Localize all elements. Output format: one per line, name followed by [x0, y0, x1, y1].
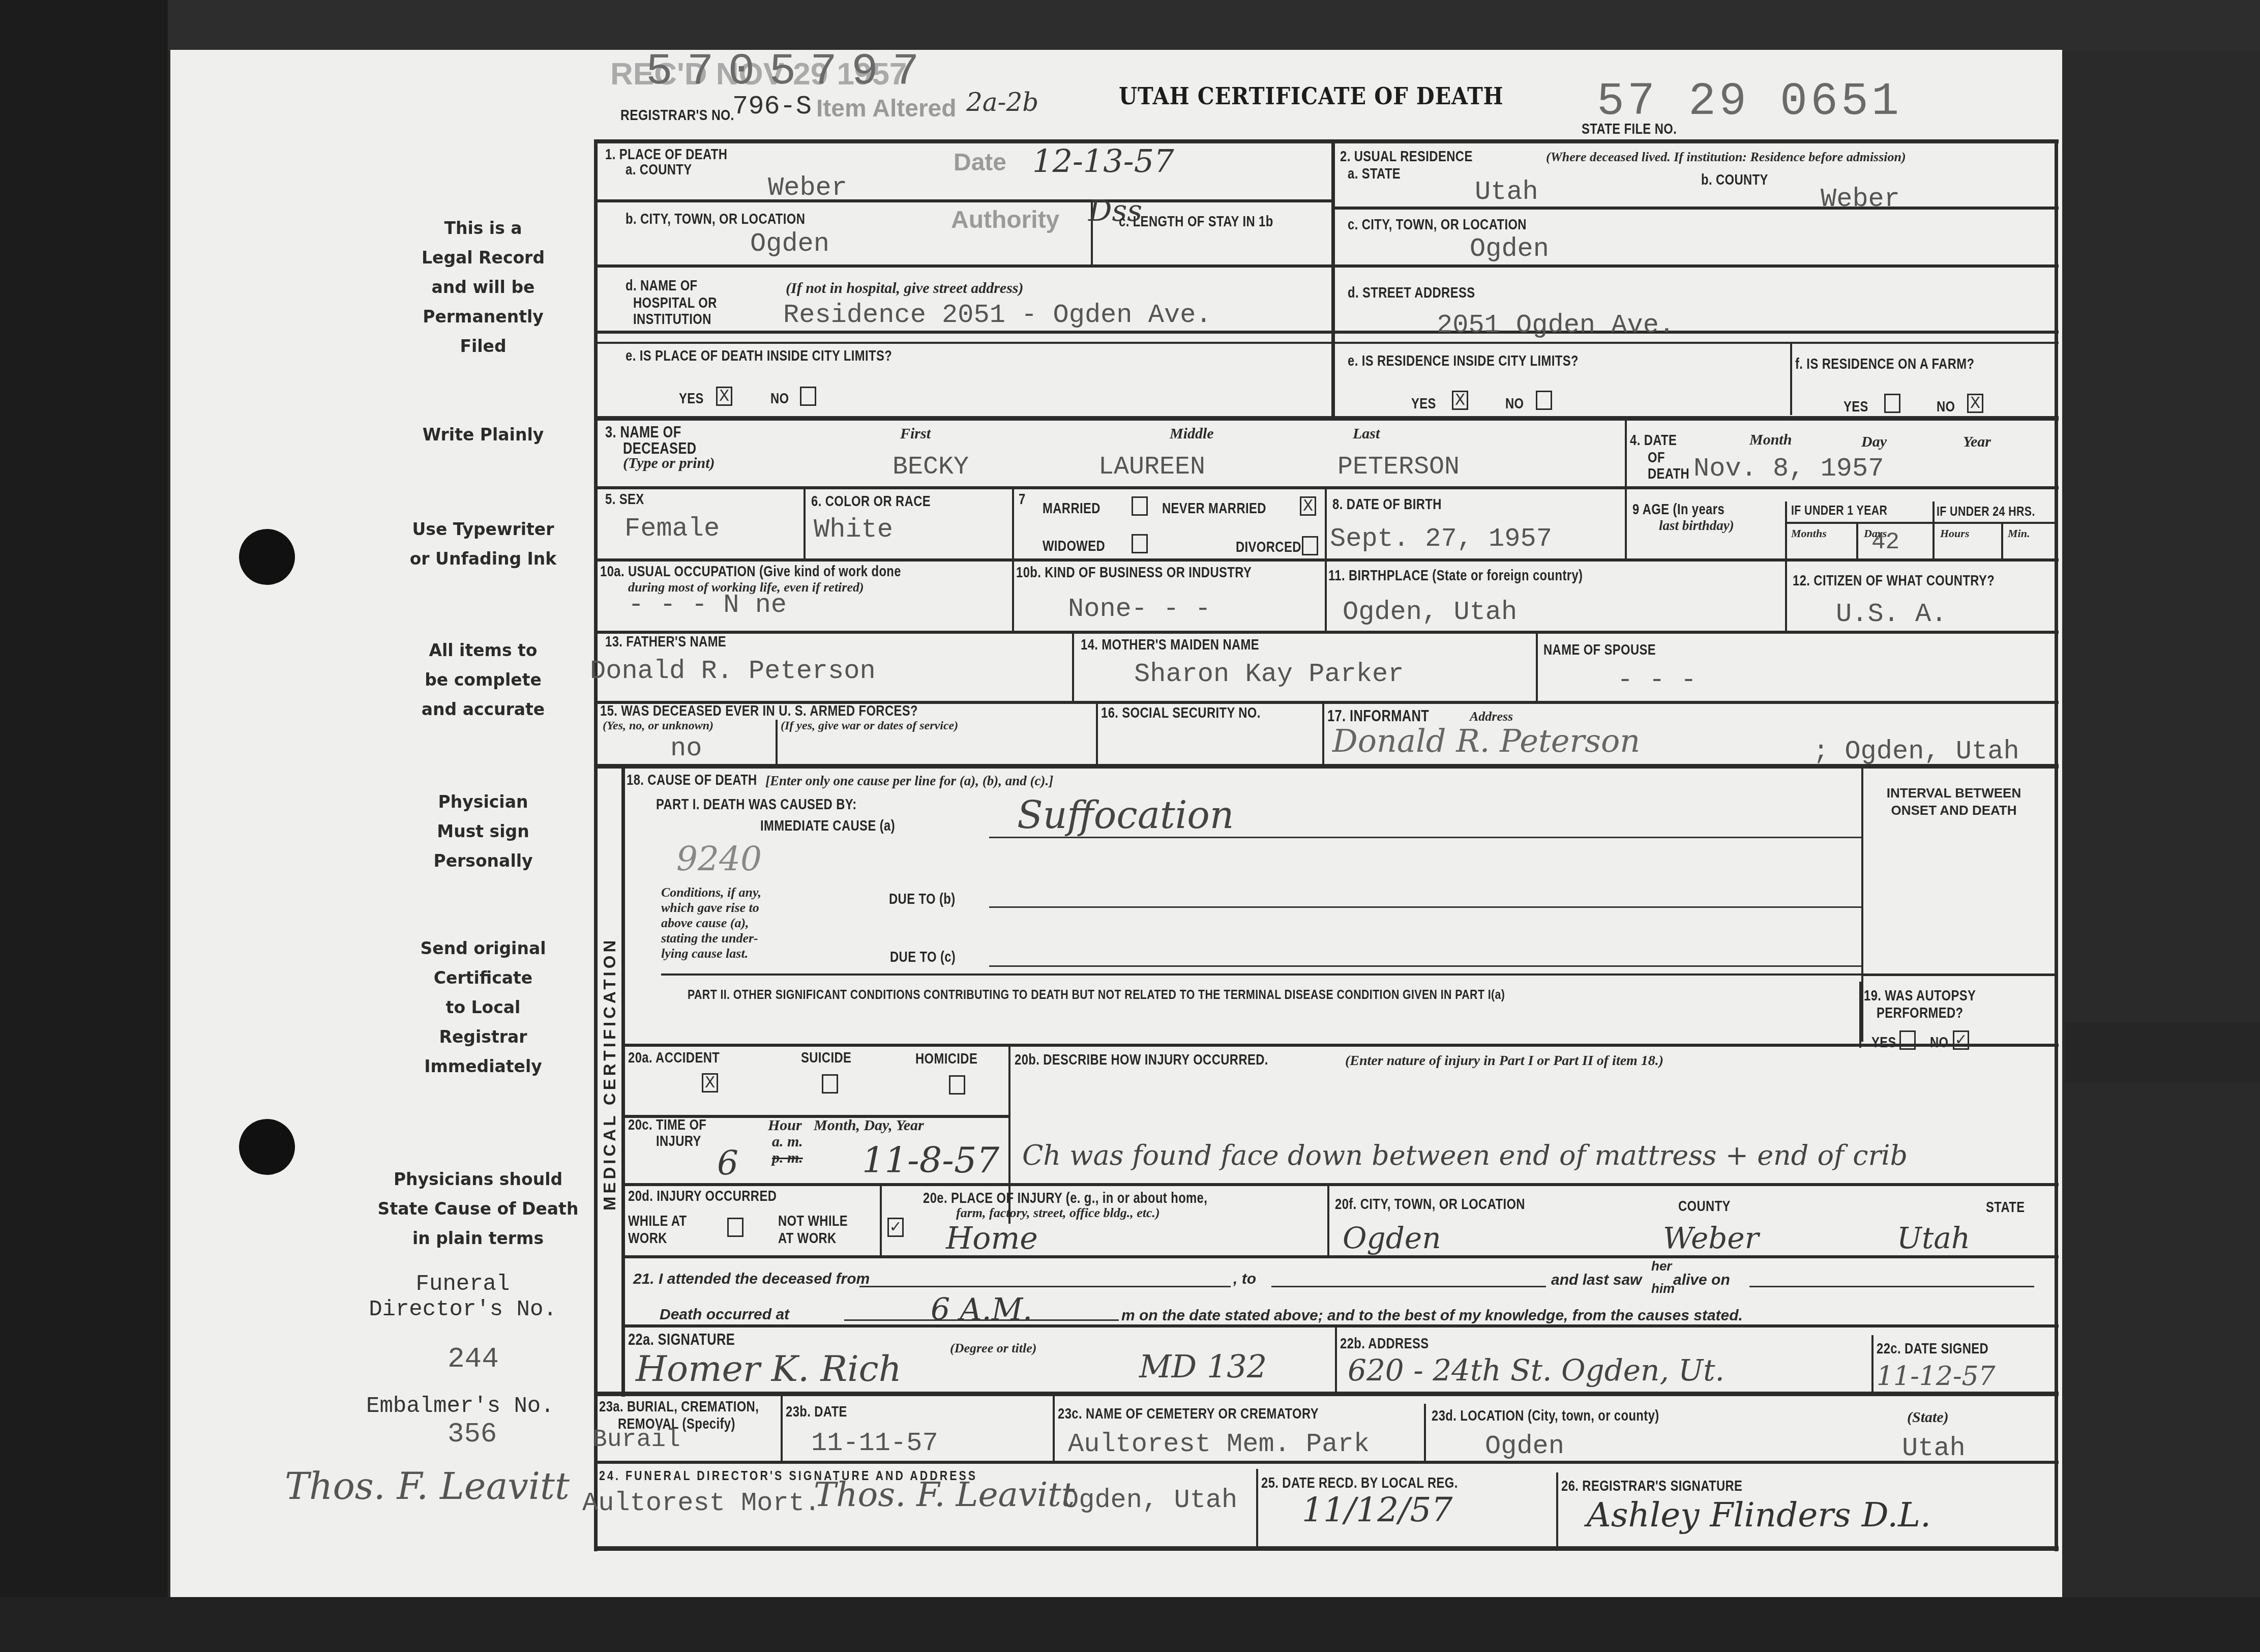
punch-hole	[239, 529, 295, 585]
length-of-stay-label: c. LENGTH OF STAY IN 1b	[1119, 214, 1273, 230]
divider	[1790, 344, 1792, 415]
hospital-hint: (If not in hospital, give street address…	[786, 280, 1024, 297]
injury-county: Weber	[1663, 1221, 1759, 1255]
divider	[1331, 141, 1335, 416]
funeral-address: Ogden, Utah	[1063, 1485, 1237, 1515]
divider	[776, 720, 778, 765]
last-name-label: Last	[1353, 425, 1380, 442]
occupation-label: 10a. USUAL OCCUPATION (Give kind of work…	[600, 564, 901, 580]
dod-label-2: OF	[1648, 450, 1665, 466]
part2-label: PART II. OTHER SIGNIFICANT CONDITIONS CO…	[688, 987, 1505, 1002]
scan-background-left	[0, 0, 168, 1652]
father-label: 13. FATHER'S NAME	[605, 634, 726, 651]
time-of-injury-label-2: INJURY	[656, 1133, 701, 1150]
mdy-label: Month, Day, Year	[814, 1117, 924, 1134]
birthplace-label: 11. BIRTHPLACE (State or foreign country…	[1328, 568, 1583, 584]
yes-label: YES	[679, 391, 704, 407]
burial-state: Utah	[1902, 1433, 1966, 1463]
attended-text-2: , to	[1233, 1271, 1256, 1288]
time-of-injury-label-1: 20c. TIME OF	[628, 1117, 706, 1134]
death-county: Weber	[768, 173, 847, 203]
while-at-work-label: WHILE AT WORK	[628, 1213, 687, 1247]
race: White	[814, 515, 893, 545]
funeral-director-no-label: Funeral Director's No.	[356, 1272, 570, 1322]
divider	[621, 1324, 2059, 1327]
divider	[781, 1396, 783, 1462]
describe-hint: (Enter nature of injury in Part I or Par…	[1345, 1053, 1663, 1069]
city-label: b. CITY, TOWN, OR LOCATION	[626, 211, 805, 228]
divider	[1072, 631, 1074, 703]
funeral-director-signature: Thos. F. Leavitt	[814, 1475, 1075, 1514]
first-name: BECKY	[893, 453, 969, 482]
divider	[1932, 501, 1935, 559]
armed-hint-2: (If yes, give war or dates of service)	[781, 719, 958, 733]
disposition: Burail	[592, 1426, 680, 1454]
res-inside-city-yes-checkbox[interactable]: X	[1452, 391, 1468, 410]
cemetery-label: 23c. NAME OF CEMETERY OR CREMATORY	[1058, 1406, 1319, 1423]
spouse-label: NAME OF SPOUSE	[1543, 642, 1656, 659]
due-to-c-line	[989, 965, 1861, 967]
under-1yr-label: IF UNDER 1 YEAR	[1791, 503, 1887, 518]
dod-label-3: DEATH	[1648, 466, 1689, 483]
authority-label: Authority	[951, 206, 1059, 234]
address-label: 22b. ADDRESS	[1340, 1336, 1429, 1352]
yes-label: YES	[1411, 396, 1436, 412]
due-to-c-label: DUE TO (c)	[890, 949, 956, 966]
death-at-label: Death occurred at	[660, 1306, 789, 1323]
medical-certification-vertical-label: MEDICAL CERTIFICATION	[600, 937, 619, 1211]
divider	[621, 767, 625, 1397]
sidebar-signature: Thos. F. Leavitt	[285, 1465, 570, 1508]
date-stamp-value: 12-13-57	[1032, 142, 1174, 180]
res-inside-city-no-checkbox[interactable]	[1536, 391, 1552, 410]
res-city-label: c. CITY, TOWN, OR LOCATION	[1348, 217, 1527, 233]
item-altered-value: 2a-2b	[966, 87, 1038, 117]
divider	[880, 1185, 882, 1256]
hours-label: Hours	[1940, 527, 1969, 540]
injury-county-label: COUNTY	[1678, 1198, 1731, 1215]
registrar-number-stamp: 5705797	[646, 47, 934, 97]
age-label-2: last birthday)	[1659, 518, 1734, 534]
ssn-label: 16. SOCIAL SECURITY NO.	[1101, 705, 1261, 722]
months-label: Months	[1791, 527, 1827, 540]
yes-label: YES	[1843, 399, 1868, 416]
informant-address: ; Ogden, Utah	[1813, 736, 2019, 766]
immediate-cause: Suffocation	[1017, 793, 1234, 837]
scan-background-top	[168, 0, 2260, 51]
age-label: 9 AGE (In years	[1632, 501, 1724, 518]
date-of-birth: Sept. 27, 1957	[1330, 524, 1552, 554]
sidebar-note-typewriter: Use Typewriter or Unfading Ink	[376, 515, 590, 574]
farm-label: f. IS RESIDENCE ON A FARM?	[1795, 356, 1974, 373]
burial-state-label: (State)	[1907, 1409, 1949, 1426]
spouse-name: - - -	[1617, 665, 1697, 695]
hospital-label-3: INSTITUTION	[633, 311, 711, 328]
divider	[1785, 559, 1787, 633]
divider	[1556, 1472, 1558, 1546]
dob-label: 8. DATE OF BIRTH	[1332, 496, 1442, 513]
embalmer-no: 356	[448, 1419, 497, 1450]
date-stamp-label: Date	[954, 149, 1006, 176]
injury-description: Ch was found face down between end of ma…	[1022, 1139, 1908, 1171]
never-married-label: NEVER MARRIED	[1162, 500, 1266, 517]
mother-label: 14. MOTHER'S MAIDEN NAME	[1081, 637, 1259, 654]
death-inside-city-no-checkbox[interactable]	[800, 387, 816, 406]
sex: Female	[625, 514, 720, 544]
state-file-no-label: STATE FILE NO.	[1582, 121, 1677, 138]
armed-forces: no	[670, 733, 702, 763]
alive-on-label: alive on	[1673, 1272, 1730, 1289]
married-checkbox[interactable]	[1132, 496, 1148, 516]
divider	[621, 1183, 2059, 1186]
divorced-label: DIVORCED	[1236, 539, 1301, 556]
armed-hint-1: (Yes, no, or unknown)	[603, 719, 713, 733]
item-2-label: 2. USUAL RESIDENCE	[1340, 149, 1473, 165]
autopsy-no-checkbox[interactable]: ✓	[1953, 1030, 1969, 1050]
not-while-at-work-checkbox[interactable]: ✓	[887, 1218, 904, 1237]
homicide-checkbox[interactable]	[949, 1075, 965, 1095]
middle-name: LAUREEN	[1098, 453, 1205, 482]
burial-location-label: 23d. LOCATION (City, town, or county)	[1432, 1408, 1659, 1425]
day-label: Day	[1861, 433, 1887, 451]
cause-code: 9240	[676, 839, 762, 878]
divider	[1856, 524, 1858, 559]
citizen-label: 12. CITIZEN OF WHAT COUNTRY?	[1793, 573, 1995, 589]
father-name: Donald R. Peterson	[590, 656, 876, 686]
autopsy-label: 19. WAS AUTOPSY	[1864, 988, 1976, 1005]
divider	[594, 342, 2059, 344]
hospital-label-2: HOSPITAL OR	[633, 295, 717, 312]
alive-on-line	[1749, 1286, 2034, 1287]
signature-label: 22a. SIGNATURE	[628, 1331, 735, 1349]
registrar-signature-label: 26. REGISTRAR'S SIGNATURE	[1561, 1478, 1742, 1495]
res-county-label: b. COUNTY	[1701, 172, 1768, 189]
sidebar-note-complete: All items to be complete and accurate	[376, 636, 590, 724]
divider	[661, 973, 2057, 976]
accident-label: 20a. ACCIDENT	[628, 1050, 720, 1067]
business: None- - -	[1068, 594, 1211, 624]
not-while-at-work-label: NOT WHILE AT WORK	[778, 1213, 848, 1247]
embalmer-no-label: Embalmer's No.	[366, 1394, 554, 1419]
conditions-hint: Conditions, if any, which gave rise to a…	[661, 885, 761, 961]
death-at-text-2: m on the date stated above; and to the b…	[1121, 1307, 1743, 1324]
res-street: 2051 Ogden Ave.	[1437, 310, 1675, 340]
certificate-title: UTAH CERTIFICATE OF DEATH	[1119, 82, 1504, 110]
divider	[1256, 1469, 1258, 1546]
occupation: - - - N ne	[628, 590, 787, 620]
immediate-cause-label: IMMEDIATE CAUSE (a)	[760, 818, 895, 835]
divider	[594, 1461, 2059, 1464]
no-label: NO	[1505, 396, 1524, 412]
form-top-border	[594, 139, 2059, 143]
under-24hr-label: IF UNDER 24 HRS.	[1937, 504, 2035, 519]
burial-city: Ogden	[1485, 1431, 1564, 1461]
item-1-label: 1. PLACE OF DEATH	[605, 146, 727, 163]
sidebar-note-send-original: Send original Certificate to Local Regis…	[376, 934, 590, 1081]
divider	[621, 1044, 2059, 1047]
divider	[1536, 633, 1538, 703]
item-altered-label: Item Altered	[816, 95, 957, 123]
hour-label: Hour	[768, 1117, 802, 1134]
scan-background-band	[2065, 1022, 2260, 1083]
divider	[1424, 1404, 1426, 1462]
date-of-death: Nov. 8, 1957	[1693, 454, 1884, 484]
last-name: PETERSON	[1337, 453, 1460, 482]
divider	[1785, 522, 2055, 524]
widowed-checkbox[interactable]	[1132, 534, 1148, 553]
form-right-border	[2055, 141, 2058, 1551]
no-label: NO	[770, 391, 789, 407]
birthplace: Ogden, Utah	[1343, 597, 1517, 627]
married-label: MARRIED	[1043, 500, 1101, 517]
hospital-label-1: d. NAME OF	[626, 278, 697, 294]
divider	[1053, 1396, 1055, 1462]
date-signed: 11-12-57	[1877, 1361, 1996, 1392]
sidebar-note-write-plainly: Write Plainly	[376, 420, 590, 450]
injury-date: 11-8-57	[862, 1139, 999, 1181]
autopsy-label-2: PERFORMED?	[1877, 1005, 1964, 1022]
physician-signature: Homer K. Rich	[636, 1348, 902, 1390]
res-county: Weber	[1821, 184, 1900, 214]
divider	[1861, 767, 1863, 1042]
cause-label: 18. CAUSE OF DEATH	[627, 772, 757, 789]
county-label: a. COUNTY	[626, 162, 692, 179]
divider	[594, 331, 2059, 334]
marital-num: 7	[1019, 491, 1026, 508]
her-label: her	[1651, 1258, 1672, 1274]
attended-text-1: 21. I attended the deceased from	[633, 1271, 870, 1288]
divider	[1335, 1326, 1337, 1393]
divider	[2001, 524, 2003, 559]
attended-to-line	[1271, 1286, 1546, 1287]
item-3-label-1: 3. NAME OF	[605, 423, 681, 441]
injury-location-label: 20f. CITY, TOWN, OR LOCATION	[1335, 1196, 1525, 1213]
while-at-work-checkbox[interactable]	[727, 1218, 744, 1237]
due-to-b-line	[989, 906, 1861, 908]
armed-forces-label: 15. WAS DECEASED EVER IN U. S. ARMED FOR…	[600, 703, 918, 720]
informant-signature: Donald R. Peterson	[1332, 722, 1640, 759]
degree-label: (Degree or title)	[950, 1341, 1036, 1356]
divider	[594, 558, 2059, 562]
divider	[1861, 974, 2057, 976]
suicide-checkbox[interactable]	[822, 1074, 838, 1094]
age-days: 42	[1871, 529, 1899, 555]
middle-name-label: Middle	[1170, 425, 1214, 442]
date-signed-label: 22c. DATE SIGNED	[1877, 1341, 1988, 1358]
funeral-home: Aultorest Mort.	[582, 1488, 820, 1518]
sidebar-note-legal-record: This is a Legal Record and will be Perma…	[376, 214, 590, 361]
divider	[594, 631, 2059, 634]
place-of-injury-label-2: farm, factory, street, office bldg., etc…	[956, 1205, 1160, 1221]
divider	[1871, 1335, 1874, 1393]
citizen: U.S. A.	[1836, 599, 1947, 629]
death-city: Ogden	[750, 229, 829, 259]
state-file-number: 57 29 0651	[1597, 76, 1902, 128]
race-label: 6. COLOR OR RACE	[811, 493, 931, 510]
attended-from-line	[859, 1286, 1231, 1287]
first-name-label: First	[900, 425, 931, 442]
month-label: Month	[1749, 431, 1792, 449]
divider	[594, 416, 2059, 421]
cemetery: Aultorest Mem. Park	[1068, 1429, 1370, 1459]
funeral-director-no: 244	[448, 1343, 499, 1375]
inside-city-label: e. IS PLACE OF DEATH INSIDE CITY LIMITS?	[626, 348, 892, 365]
res-street-label: d. STREET ADDRESS	[1348, 285, 1475, 302]
place-of-injury-label: 20e. PLACE OF INJURY (e. g., in or about…	[923, 1190, 1207, 1207]
registrar-no-value: 796-S	[732, 92, 812, 122]
registrar-signature: Ashley Flinders D.L.	[1587, 1495, 1931, 1535]
farm-no-checkbox[interactable]: X	[1967, 394, 1983, 413]
burial-date-label: 23b. DATE	[786, 1404, 847, 1421]
sex-label: 5. SEX	[605, 491, 644, 508]
divider	[1322, 702, 1324, 765]
am-label: a. m.	[772, 1133, 803, 1150]
divider	[621, 1255, 2059, 1258]
mother-maiden-name: Sharon Kay Parker	[1134, 659, 1404, 689]
res-state-label: a. STATE	[1348, 166, 1401, 183]
divider	[1859, 982, 1861, 1048]
injury-city: Ogden	[1343, 1221, 1441, 1255]
interval-label: INTERVAL BETWEEN ONSET AND DEATH	[1867, 784, 2040, 819]
registrar-no-label: REGISTRAR'S NO.	[620, 107, 734, 124]
sidebar-note-physician-sign: Physician Must sign Personally	[376, 787, 590, 876]
accident-checkbox[interactable]: X	[702, 1073, 718, 1093]
divider	[1625, 420, 1627, 491]
injury-state-label: STATE	[1986, 1199, 2025, 1216]
death-inside-city-yes-checkbox[interactable]: X	[716, 387, 732, 406]
scan-background-bottom	[0, 1597, 2260, 1652]
hospital-name: Residence 2051 - Ogden Ave.	[783, 300, 1212, 330]
him-label: him	[1651, 1281, 1675, 1296]
item-3-label-3: (Type or print)	[623, 455, 715, 472]
date-received: 11/12/57	[1302, 1490, 1452, 1529]
business-label: 10b. KIND OF BUSINESS OR INDUSTRY	[1016, 565, 1252, 581]
punch-hole	[239, 1119, 295, 1175]
divider	[1625, 488, 1627, 559]
form-bottom-border	[594, 1546, 2059, 1551]
suicide-label: SUICIDE	[801, 1050, 851, 1067]
date-received-label: 25. DATE RECD. BY LOCAL REG.	[1261, 1475, 1458, 1492]
divider	[594, 199, 1331, 202]
farm-yes-checkbox[interactable]	[1884, 394, 1900, 413]
divider	[804, 488, 806, 559]
residence-hint: (Where deceased lived. If institution: R…	[1546, 150, 1906, 165]
yes-label: YES	[1871, 1035, 1896, 1051]
res-city: Ogden	[1470, 234, 1549, 264]
min-label: Min.	[2008, 527, 2030, 540]
death-at: 6 A.M.	[931, 1292, 1032, 1327]
part1-label: PART I. DEATH WAS CAUSED BY:	[656, 796, 857, 813]
homicide-label: HOMICIDE	[915, 1051, 977, 1068]
divider	[594, 264, 2059, 268]
physician-degree: MD 132	[1139, 1348, 1267, 1385]
cause-hint: [Enter only one cause per line for (a), …	[765, 773, 1053, 789]
injury-occurred-label: 20d. INJURY OCCURRED	[628, 1188, 777, 1205]
widowed-label: WIDOWED	[1043, 538, 1105, 555]
injury-hour: 6	[717, 1143, 738, 1183]
res-state: Utah	[1475, 177, 1538, 207]
attended-text-3: and last saw	[1551, 1272, 1642, 1289]
year-label: Year	[1963, 433, 1991, 451]
autopsy-yes-checkbox[interactable]	[1899, 1030, 1916, 1050]
disposition-label-1: 23a. BURIAL, CREMATION,	[599, 1399, 759, 1415]
no-label: NO	[1930, 1035, 1948, 1051]
no-label: NO	[1937, 399, 1955, 416]
place-of-injury: Home	[946, 1221, 1038, 1256]
burial-date: 11-11-57	[811, 1428, 938, 1458]
due-to-b-label: DUE TO (b)	[889, 891, 955, 908]
divider	[1331, 206, 2059, 210]
injury-state: Utah	[1897, 1221, 1970, 1255]
physician-address: 620 - 24th St. Ogden, Ut.	[1348, 1353, 1724, 1388]
res-inside-city-label: e. IS RESIDENCE INSIDE CITY LIMITS?	[1348, 353, 1579, 370]
sidebar-note-physicians-cause: Physicians should State Cause of Death i…	[356, 1165, 600, 1253]
divider	[1096, 702, 1098, 765]
divider	[1327, 1185, 1329, 1256]
pm-label: p. m.	[772, 1149, 803, 1167]
describe-label: 20b. DESCRIBE HOW INJURY OCCURRED.	[1015, 1052, 1268, 1069]
divorced-checkbox[interactable]	[1302, 536, 1318, 555]
never-married-checkbox[interactable]: X	[1300, 496, 1316, 516]
form-left-border	[594, 141, 598, 1551]
divider	[594, 1392, 2059, 1396]
dod-label-1: 4. DATE	[1630, 432, 1677, 449]
